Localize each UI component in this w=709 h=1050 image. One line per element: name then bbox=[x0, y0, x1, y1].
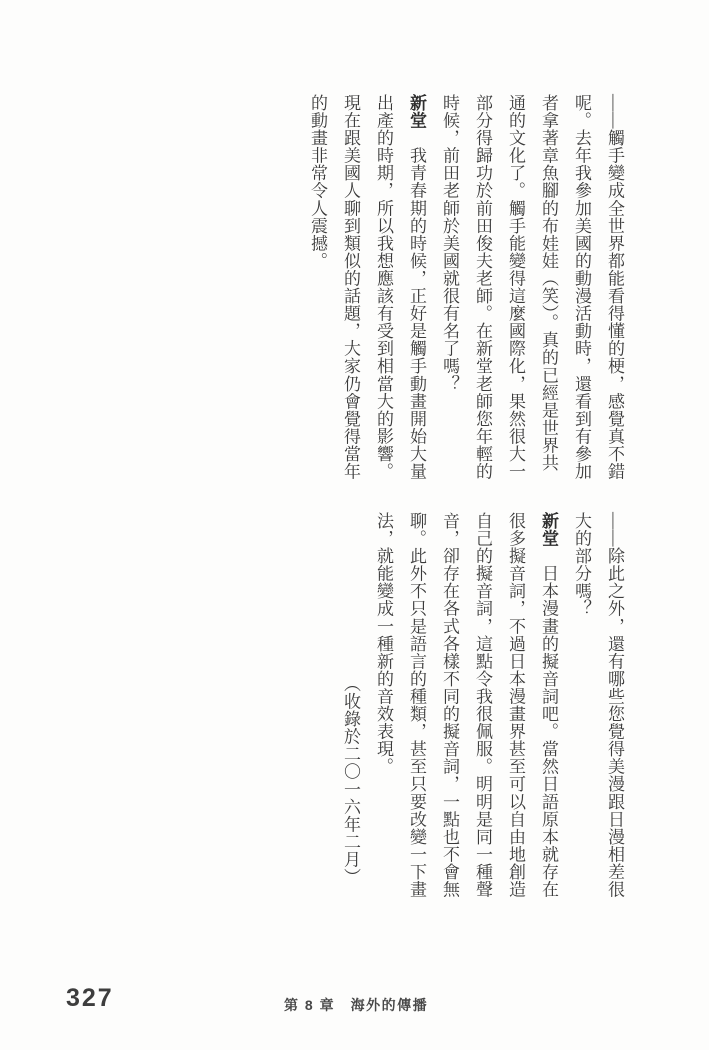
text-line: ——觸手變成全世界都能看得懂的梗，感覺真不錯 bbox=[598, 94, 631, 484]
line-text: 音，卻存在各式各樣不同的擬音詞，一點也不會無 bbox=[440, 512, 459, 898]
line-text: 法，就能變成一種新的音效表現。 bbox=[374, 512, 393, 775]
speaker-name: 新堂 bbox=[407, 94, 426, 129]
interview-block-tentacles: ——觸手變成全世界都能看得懂的梗，感覺真不錯 呢。去年我參加美國的動漫活動時，還… bbox=[301, 94, 631, 484]
text-line: 呢。去年我參加美國的動漫活動時，還看到有參加 bbox=[565, 94, 598, 484]
line-text: 現在跟美國人聊到類似的話題，大家仍會覺得當年 bbox=[341, 94, 360, 480]
text-line: 新堂 我青春期的時候，正好是觸手動畫開始大量 bbox=[400, 94, 433, 484]
text-line: 法，就能變成一種新的音效表現。 bbox=[367, 512, 400, 902]
text-line: 時候，前田老師於美國就很有名了嗎？ bbox=[433, 94, 466, 484]
text-line: 者拿著章魚腳的布娃娃（笑）。真的已經是世界共 bbox=[532, 94, 565, 484]
speaker-name: 新堂 bbox=[539, 512, 558, 547]
text-line: 的動畫非常令人震撼。 bbox=[301, 94, 334, 484]
line-text: （收錄於二〇一六年二月） bbox=[341, 675, 360, 886]
text-line: 通的文化了。觸手能變得這麼國際化，果然很大一 bbox=[499, 94, 532, 484]
line-text: 部分得歸功於前田俊夫老師。在新堂老師您年輕的 bbox=[473, 94, 492, 480]
text-line: 出產的時期，所以我想應該有受到相當大的影響。 bbox=[367, 94, 400, 484]
line-text: 呢。去年我參加美國的動漫活動時，還看到有參加 bbox=[572, 94, 591, 480]
line-text: 大的部分嗎？ bbox=[572, 512, 591, 617]
text-line: 部分得歸功於前田俊夫老師。在新堂老師您年輕的 bbox=[466, 94, 499, 484]
line-text: 自己的擬音詞，這點令我很佩服。明明是同一種聲 bbox=[473, 512, 492, 898]
line-text: 出產的時期，所以我想應該有受到相當大的影響。 bbox=[374, 94, 393, 480]
text-line: 很多擬音詞，不過日本漫畫界甚至可以自由地創造 bbox=[499, 512, 532, 902]
text-line: ——除此之外，還有哪些您覺得美漫跟日漫相差很 bbox=[598, 512, 631, 902]
line-text: ——觸手變成全世界都能看得懂的梗，感覺真不錯 bbox=[605, 94, 624, 480]
text-line: 自己的擬音詞，這點令我很佩服。明明是同一種聲 bbox=[466, 512, 499, 902]
line-text: 聊。此外不只是語言的種類，甚至只要改變一下畫 bbox=[407, 512, 426, 898]
line-text: 者拿著章魚腳的布娃娃（笑）。真的已經是世界共 bbox=[539, 94, 558, 472]
text-line: 聊。此外不只是語言的種類，甚至只要改變一下畫 bbox=[400, 512, 433, 902]
chapter-title: 第 8 章 海外的傳播 bbox=[284, 995, 428, 1015]
page-number: 327 bbox=[66, 984, 114, 1013]
line-text: 日本漫畫的擬音詞吧。當然日語原本就存在 bbox=[539, 547, 558, 898]
line-text: 我青春期的時候，正好是觸手動畫開始大量 bbox=[407, 129, 426, 480]
text-line: 音，卻存在各式各樣不同的擬音詞，一點也不會無 bbox=[433, 512, 466, 902]
line-text: 的動畫非常令人震撼。 bbox=[308, 94, 327, 270]
text-line: 現在跟美國人聊到類似的話題，大家仍會覺得當年 bbox=[334, 94, 367, 484]
line-text: ——除此之外，還有哪些您覺得美漫跟日漫相差很 bbox=[605, 512, 624, 898]
text-line: 大的部分嗎？ bbox=[565, 512, 598, 902]
text-line: 新堂 日本漫畫的擬音詞吧。當然日語原本就存在 bbox=[532, 512, 565, 902]
line-text: 很多擬音詞，不過日本漫畫界甚至可以自由地創造 bbox=[506, 512, 525, 898]
line-text: 時候，前田老師於美國就很有名了嗎？ bbox=[440, 94, 459, 392]
interview-block-onomatopoeia: ——除此之外，還有哪些您覺得美漫跟日漫相差很 大的部分嗎？ 新堂 日本漫畫的擬音… bbox=[334, 512, 631, 902]
line-text: 通的文化了。觸手能變得這麼國際化，果然很大一 bbox=[506, 94, 525, 480]
recording-date-line: （收錄於二〇一六年二月） bbox=[334, 512, 367, 902]
book-page: ——觸手變成全世界都能看得懂的梗，感覺真不錯 呢。去年我參加美國的動漫活動時，還… bbox=[0, 0, 709, 1050]
